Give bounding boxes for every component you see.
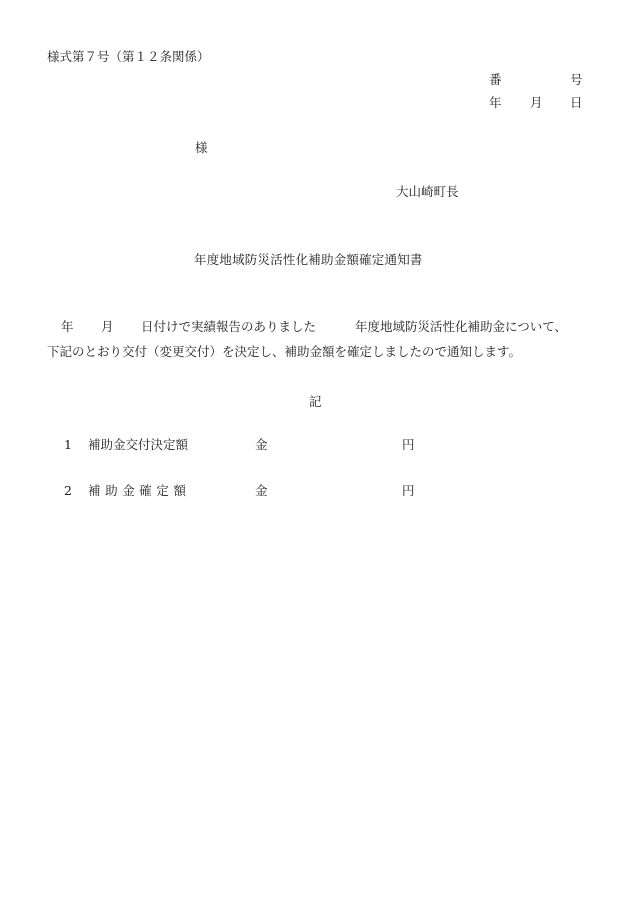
addressee-honorific: 様 (195, 142, 208, 155)
report-date-text: 日付けで実績報告のありました (141, 321, 316, 334)
date-day-label: 日 (570, 97, 583, 110)
form-number: 様式第７号（第１２条関係） (47, 51, 210, 64)
item-number: 2 (64, 485, 72, 498)
document-title: 年度地域防災活性化補助金額確定通知書 (194, 254, 423, 267)
item-amount-prefix: 金 (255, 439, 268, 452)
body-paragraph-line-2: 下記のとおり交付（変更交付）を決定し、補助金額を確定しましたので通知します。 (47, 346, 521, 359)
issuer-name: 大山崎町長 (396, 186, 459, 199)
item-label: 補助金確定額 (88, 485, 191, 498)
body-paragraph-line-1: 年 月 日付けで実績報告のありました 年度地域防災活性化補助金について、 (0, 321, 630, 337)
item-row-grant-decision-amount: 1 補助金交付決定額 金 円 (0, 439, 630, 455)
item-number: 1 (64, 439, 72, 452)
report-year-label: 年 (61, 321, 74, 334)
item-row-confirmed-amount: 2 補助金確定額 金 円 (0, 485, 630, 501)
date-year-label: 年 (489, 97, 502, 110)
subsidy-year-text: 年度地域防災活性化補助金について、 (355, 321, 567, 334)
item-amount-unit: 円 (402, 485, 415, 498)
date-month-label: 月 (530, 97, 543, 110)
report-month-label: 月 (101, 321, 114, 334)
item-amount-prefix: 金 (255, 485, 268, 498)
reference-number-label: 番 (489, 74, 502, 87)
item-label: 補助金交付決定額 (88, 439, 188, 452)
item-amount-unit: 円 (402, 439, 415, 452)
ki-heading: 記 (309, 396, 322, 409)
reference-number-suffix: 号 (570, 74, 583, 87)
